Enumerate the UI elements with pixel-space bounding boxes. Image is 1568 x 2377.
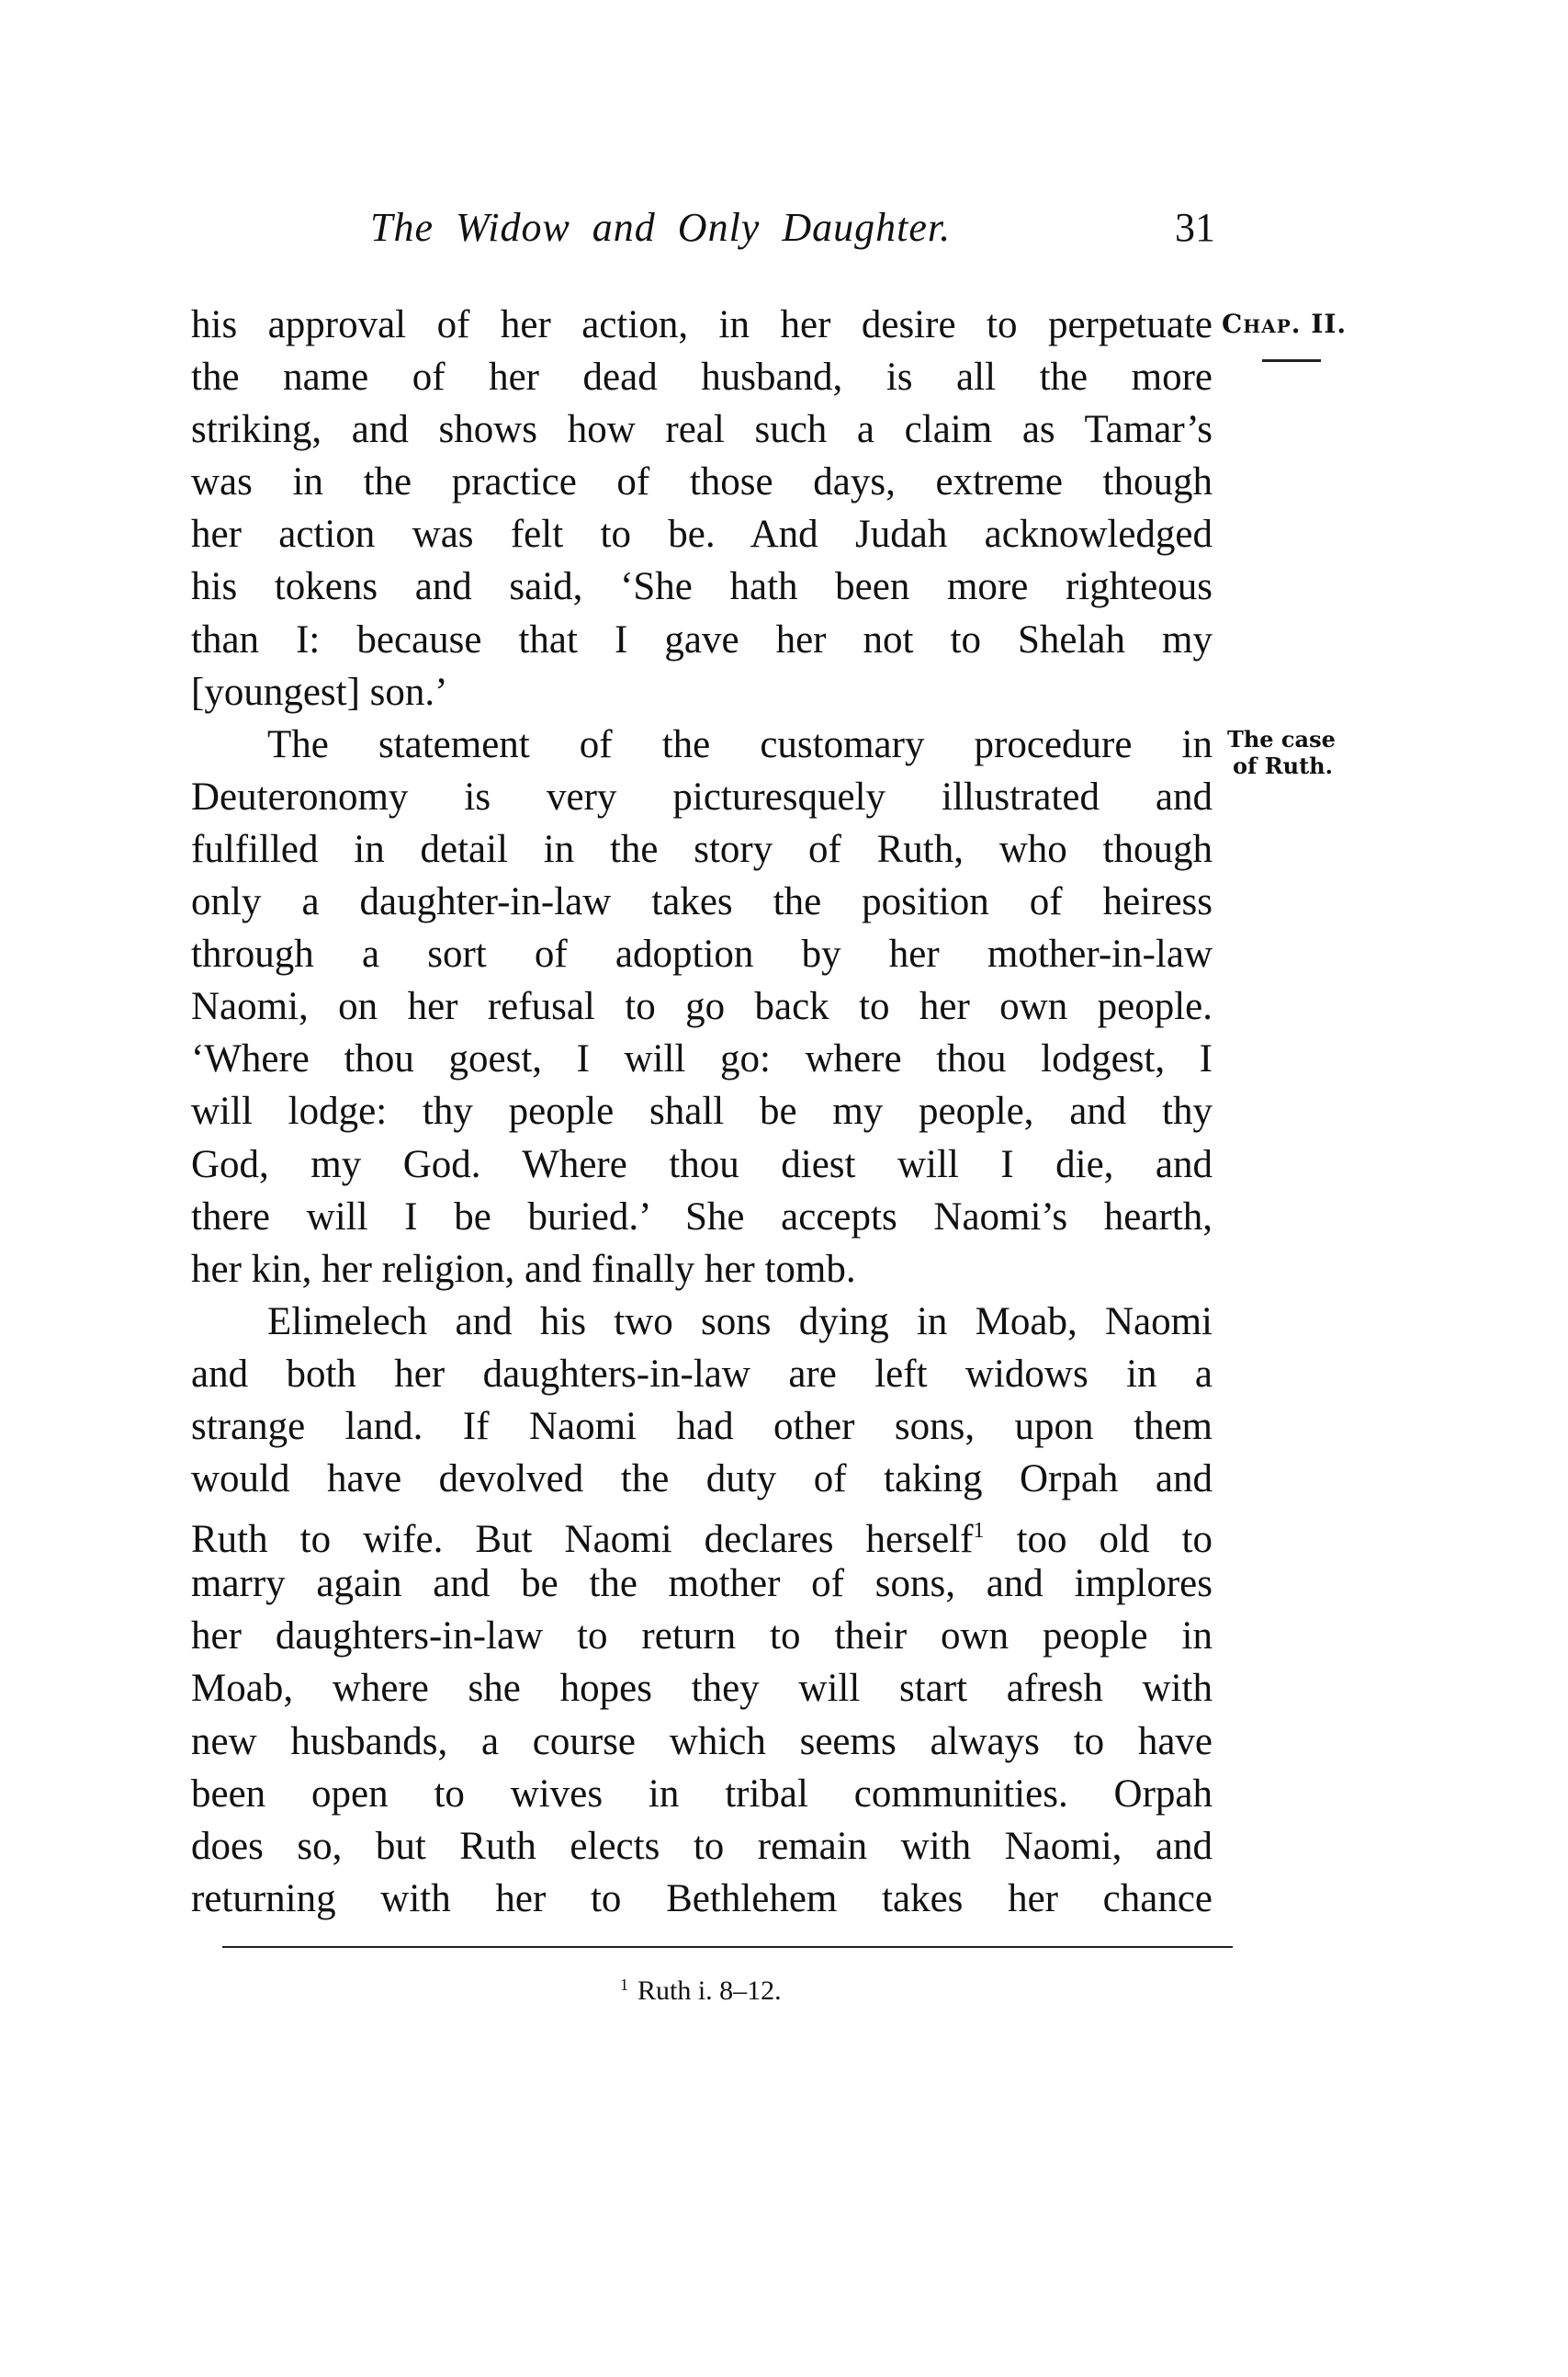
- text-line: new husbands, a course which seems alway…: [191, 1715, 1213, 1768]
- text-line: her action was felt to be. And Judah ack…: [191, 508, 1213, 560]
- line-text: too old to: [985, 1518, 1213, 1561]
- text-line: than I: because that I gave her not to S…: [191, 614, 1213, 666]
- paragraph-start-line: The statement of the customary procedure…: [191, 719, 1213, 771]
- text-line: ‘Where thou goest, I will go: where thou…: [191, 1033, 1213, 1085]
- text-line: [youngest] son.’: [191, 666, 1213, 719]
- margin-note-rule: [1262, 359, 1321, 362]
- footnote-divider: [222, 1946, 1233, 1948]
- text-line: and both her daughters-in-law are left w…: [191, 1348, 1213, 1400]
- text-line: will lodge: thy people shall be my peopl…: [191, 1085, 1213, 1138]
- margin-note-line: The case: [1227, 726, 1336, 753]
- footnote-reference[interactable]: 1: [974, 1519, 985, 1543]
- margin-note-line: of Ruth.: [1227, 753, 1336, 779]
- footnote: 1Ruth i. 8–12.: [620, 1975, 782, 2007]
- text-line: his tokens and said, ‘She hath been more…: [191, 560, 1213, 613]
- text-line: would have devolved the duty of taking O…: [191, 1453, 1213, 1505]
- text-line: his approval of her action, in her desir…: [191, 299, 1213, 351]
- text-line: fulfilled in detail in the story of Ruth…: [191, 823, 1213, 876]
- text-line: only a daughter-in-law takes the positio…: [191, 876, 1213, 928]
- page-number: 31: [1175, 204, 1215, 251]
- text-line: returning with her to Bethlehem takes he…: [191, 1873, 1213, 1925]
- line-text: Ruth to wife. But Naomi declares herself: [191, 1518, 974, 1561]
- footnote-text: Ruth i. 8–12.: [637, 1975, 782, 2006]
- margin-note-chapter: Chap. II.: [1222, 309, 1347, 339]
- margin-note-case-of-ruth: The case of Ruth.: [1227, 726, 1336, 779]
- text-line: through a sort of adoption by her mother…: [191, 928, 1213, 980]
- text-line: God, my God. Where thou diest will I die…: [191, 1138, 1213, 1191]
- text-line: was in the practice of those days, extre…: [191, 456, 1213, 508]
- running-title: The Widow and Only Daughter.: [370, 204, 951, 251]
- text-line: strange land. If Naomi had other sons, u…: [191, 1400, 1213, 1453]
- text-line: the name of her dead husband, is all the…: [191, 351, 1213, 403]
- text-line: marry again and be the mother of sons, a…: [191, 1557, 1213, 1610]
- paragraph-start-line: Elimelech and his two sons dying in Moab…: [191, 1296, 1213, 1348]
- text-line: her daughters-in-law to return to their …: [191, 1610, 1213, 1662]
- body-text: his approval of her action, in her desir…: [191, 299, 1213, 1925]
- text-line: Deuteronomy is very picturesquely illust…: [191, 771, 1213, 823]
- book-page: The Widow and Only Daughter. 31 Chap. II…: [0, 0, 1568, 2377]
- text-line: her kin, her religion, and finally her t…: [191, 1243, 1213, 1296]
- text-line: been open to wives in tribal communities…: [191, 1768, 1213, 1820]
- text-line: Naomi, on her refusal to go back to her …: [191, 980, 1213, 1033]
- footnote-mark: 1: [620, 1975, 628, 1994]
- text-line: there will I be buried.’ She accepts Nao…: [191, 1191, 1213, 1243]
- running-head: The Widow and Only Daughter. 31: [370, 204, 1215, 259]
- text-line: striking, and shows how real such a clai…: [191, 403, 1213, 456]
- text-line: Ruth to wife. But Naomi declares herself…: [191, 1505, 1213, 1557]
- text-line: Moab, where she hopes they will start af…: [191, 1662, 1213, 1715]
- text-line: does so, but Ruth elects to remain with …: [191, 1820, 1213, 1873]
